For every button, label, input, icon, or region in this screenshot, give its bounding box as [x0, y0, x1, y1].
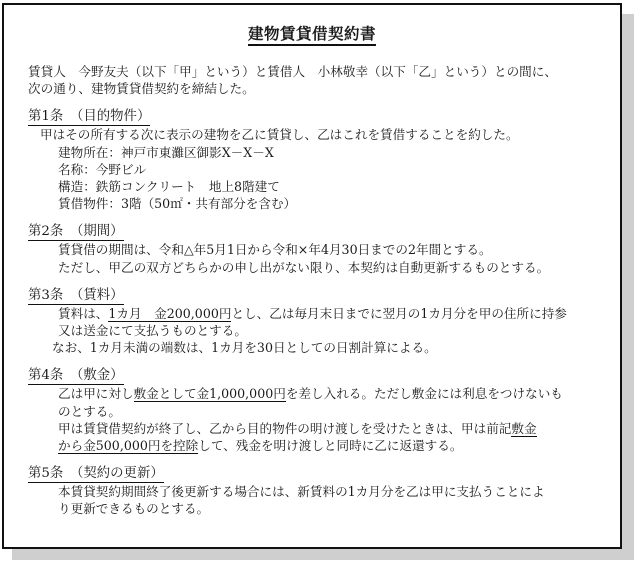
document-title: 建物賃貸借契約書	[4, 22, 620, 44]
article-4-text: のとする。	[28, 403, 608, 420]
rent-amount: 1カ月 金200,000円	[108, 306, 231, 322]
article-5-heading: 第5条 （契約の更新）	[28, 465, 608, 483]
article-1-location: 建物所在：神戸市東灘区御影X－X－X	[28, 144, 608, 161]
article-1-name: 名称：今野ビル	[28, 161, 608, 178]
article-5-text: 本賃貸契約期間終了後更新する場合には、新賃料の1カ月分を乙は甲に支払うことによ	[28, 483, 608, 500]
article-1-structure: 構造：鉄筋コンクリート 地上8階建て	[28, 178, 608, 195]
article-5-text: り更新できるものとする。	[28, 500, 608, 517]
article-2-text: ただし、甲乙の双方どちらかの申し出がない限り、本契約は自動更新するものとする。	[28, 259, 608, 276]
contract-page: 建物賃貸借契約書 賃貸人 今野友夫（以下「甲」という）と賃借人 小林敬幸（以下「…	[2, 3, 622, 549]
article-4-heading: 第4条 （敷金）	[28, 367, 608, 385]
article-4-text: から金500,000円を控除して、残金を明け渡しと同時に乙に返還する。	[28, 437, 608, 454]
document-body: 賃貸人 今野友夫（以下「甲」という）と賃借人 小林敬幸（以下「乙」という）との間…	[28, 63, 608, 518]
article-1-text: 甲はその所有する次に表示の建物を乙に賃貸し、乙はこれを賃借することを約した。	[28, 126, 608, 143]
deduction-amount: から金500,000円を控除	[58, 438, 198, 454]
article-4-text: 乙は甲に対し敷金として金1,000,000円を差し入れる。ただし敷金には利息をつ…	[28, 385, 608, 402]
deposit-amount: 敷金として金1,000,000円	[134, 386, 286, 402]
article-3-text: 賃料は、1カ月 金200,000円とし、乙は毎月末日までに翌月の1カ月分を甲の住…	[28, 305, 608, 322]
article-3-heading: 第3条 （賃料）	[28, 287, 608, 305]
article-3-text: 又は送金にて支払うものとする。	[28, 322, 608, 339]
article-1-property: 賃借物件：3階（50㎡・共有部分を含む）	[28, 195, 608, 212]
article-1-heading: 第1条 （目的物件）	[28, 108, 608, 126]
article-4-text: 甲は賃貸借契約が終了し、乙から目的物件の明け渡しを受けたときは、甲は前記敷金	[28, 420, 608, 437]
article-2-heading: 第2条 （期間）	[28, 223, 608, 241]
article-3-text: なお、1カ月未満の端数は、1カ月を30日としての日割計算による。	[28, 339, 608, 356]
intro-line: 賃貸人 今野友夫（以下「甲」という）と賃借人 小林敬幸（以下「乙」という）との間…	[28, 63, 608, 80]
article-2-text: 賃貸借の期間は、令和△年5月1日から令和×年4月30日までの2年間とする。	[28, 241, 608, 258]
intro-line: 次の通り、建物賃貸借契約を締結した。	[28, 80, 608, 97]
